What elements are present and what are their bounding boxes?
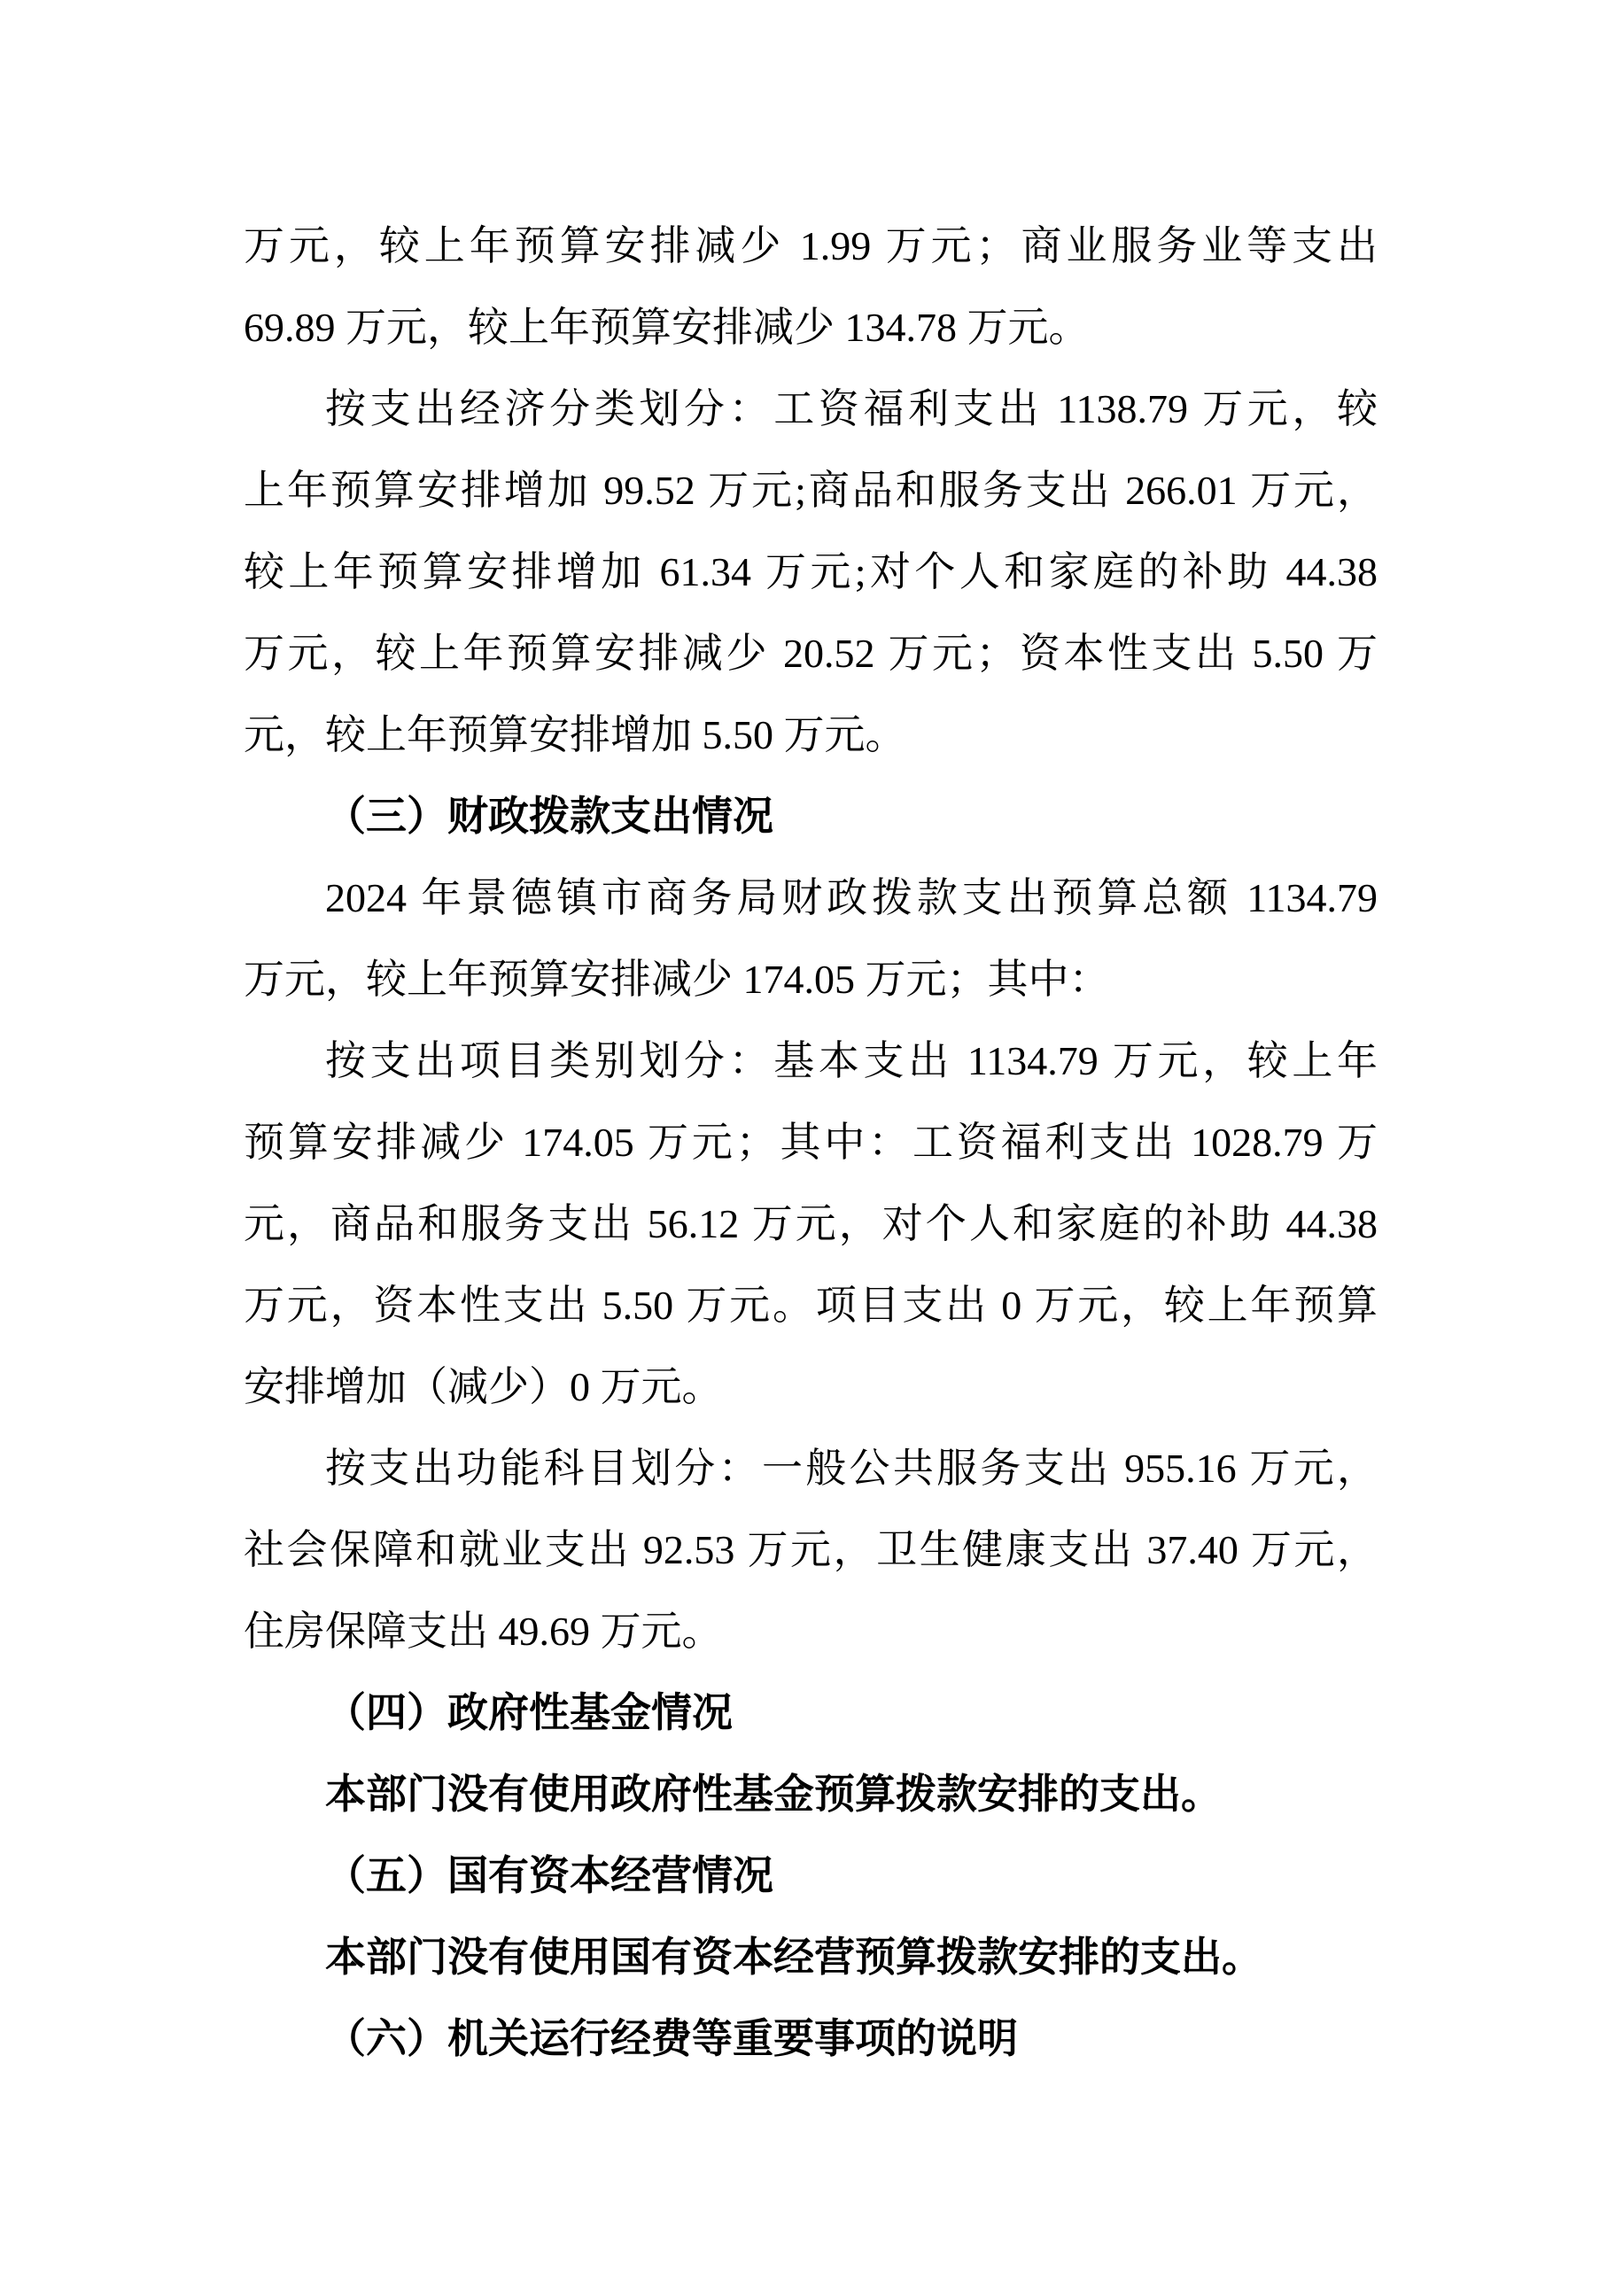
text-line: 安排增加（减少）0 万元。 bbox=[244, 1346, 1378, 1428]
text-line: 万元，较上年预算安排减少 1.99 万元；商业服务业等支出 bbox=[244, 206, 1378, 287]
text-line: （三）财政拨款支出情况 bbox=[244, 776, 1378, 857]
text-line: 2024 年景德镇市商务局财政拨款支出预算总额 1134.79 bbox=[244, 857, 1378, 939]
text-line: 万元，较上年预算安排减少 174.05 万元；其中： bbox=[244, 939, 1378, 1020]
document-screenshot: { "document": { "lines": [ { "text": "万元… bbox=[0, 0, 1623, 2296]
text-line: （五）国有资本经营情况 bbox=[244, 1835, 1378, 1917]
text-line: 万元，较上年预算安排减少 20.52 万元；资本性支出 5.50 万 bbox=[244, 613, 1378, 694]
document-page: 万元，较上年预算安排减少 1.99 万元；商业服务业等支出69.89 万元，较上… bbox=[244, 206, 1378, 2080]
text-line: （六）机关运行经费等重要事项的说明 bbox=[244, 1998, 1378, 2080]
text-line: 元，商品和服务支出 56.12 万元，对个人和家庭的补助 44.38 bbox=[244, 1183, 1378, 1265]
text-line: 住房保障支出 49.69 万元。 bbox=[244, 1591, 1378, 1672]
text-line: 按支出经济分类划分：工资福利支出 1138.79 万元，较 bbox=[244, 368, 1378, 450]
text-line: 按支出功能科目划分：一般公共服务支出 955.16 万元， bbox=[244, 1428, 1378, 1509]
text-line: 社会保障和就业支出 92.53 万元，卫生健康支出 37.40 万元， bbox=[244, 1509, 1378, 1591]
text-line: 上年预算安排增加 99.52 万元;商品和服务支出 266.01 万元， bbox=[244, 450, 1378, 531]
text-line: （四）政府性基金情况 bbox=[244, 1672, 1378, 1754]
text-line: 万元，资本性支出 5.50 万元。项目支出 0 万元，较上年预算 bbox=[244, 1265, 1378, 1346]
text-line: 按支出项目类别划分：基本支出 1134.79 万元，较上年 bbox=[244, 1020, 1378, 1102]
text-line: 69.89 万元，较上年预算安排减少 134.78 万元。 bbox=[244, 287, 1378, 368]
text-line: 本部门没有使用政府性基金预算拨款安排的支出。 bbox=[244, 1754, 1378, 1835]
text-line: 预算安排减少 174.05 万元；其中：工资福利支出 1028.79 万 bbox=[244, 1102, 1378, 1183]
text-line: 元，较上年预算安排增加 5.50 万元。 bbox=[244, 694, 1378, 776]
text-line: 本部门没有使用国有资本经营预算拨款安排的支出。 bbox=[244, 1917, 1378, 1998]
text-line: 较上年预算安排增加 61.34 万元;对个人和家庭的补助 44.38 bbox=[244, 531, 1378, 613]
